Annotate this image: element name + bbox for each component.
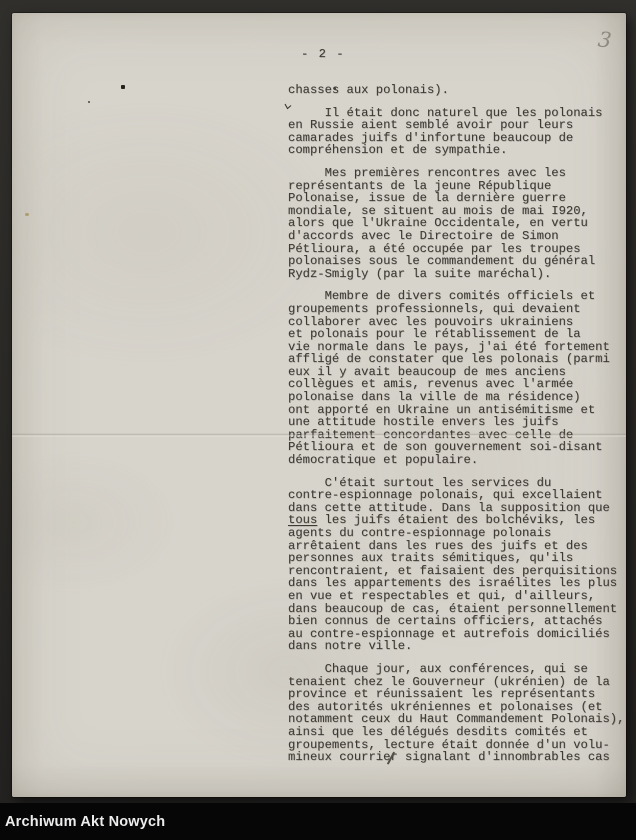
page-number: - 2 - [301, 47, 345, 61]
paper-stain [25, 213, 29, 216]
paragraph-text-after: les juifs étaient des bolchéviks, les ag… [288, 513, 617, 653]
ink-speck [88, 101, 90, 103]
paragraph-membre: Membre de divers comités officiels et gr… [288, 290, 624, 466]
archive-watermark: Archiwum Akt Nowych [5, 814, 165, 830]
paragraph-conferences: Chaque jour, aux conférences, qui se ten… [288, 663, 624, 764]
paragraph-rencontres: Mes premières rencontres avec les représ… [288, 167, 624, 280]
paragraph-opening-line: chasses aux polonais). [288, 84, 624, 97]
document-page: - 2 - 3 chasses aux polonais). Il était … [12, 13, 626, 797]
paragraph-text-before: C'était surtout les services du contre-e… [288, 476, 610, 515]
watermark-bar: Archiwum Akt Nowych [0, 803, 636, 840]
paragraph-natural: Il était donc naturel que les polonais e… [288, 107, 624, 157]
ink-speck [121, 85, 125, 89]
photo-background: - 2 - 3 chasses aux polonais). Il était … [0, 0, 636, 840]
handwritten-page-mark: 3 [597, 27, 613, 52]
typewritten-text: chasses aux polonais). Il était donc nat… [288, 84, 624, 764]
paragraph-contre-espionnage: C'était surtout les services du contre-e… [288, 477, 624, 653]
check-mark [284, 97, 292, 115]
